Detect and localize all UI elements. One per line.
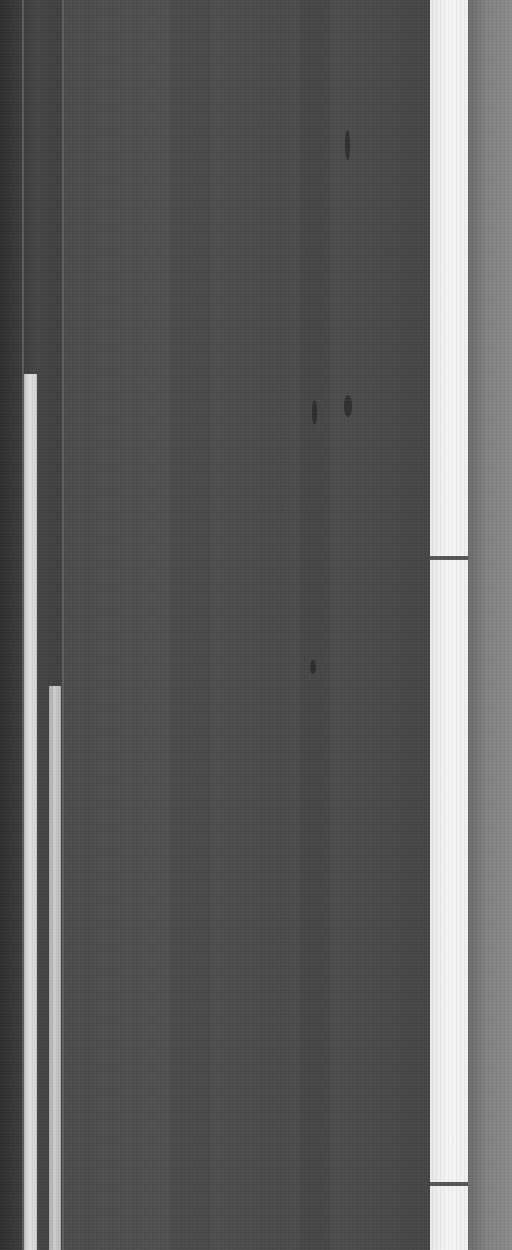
right-edge-marking xyxy=(430,0,468,1250)
right-shoulder xyxy=(468,0,512,1250)
road-stain xyxy=(310,660,316,674)
marking-gap xyxy=(430,556,468,560)
road-stain xyxy=(345,130,350,160)
left-secondary-lane-line xyxy=(49,686,61,1250)
left-lane-line xyxy=(24,374,37,1250)
faint-line xyxy=(62,0,64,1250)
road-stain xyxy=(312,400,317,425)
asphalt-road xyxy=(64,0,430,1250)
wheel-track xyxy=(170,0,210,1250)
wheel-track xyxy=(300,0,330,1250)
road-scene xyxy=(0,0,512,1250)
marking-gap xyxy=(430,1182,468,1186)
road-stain xyxy=(344,395,352,417)
